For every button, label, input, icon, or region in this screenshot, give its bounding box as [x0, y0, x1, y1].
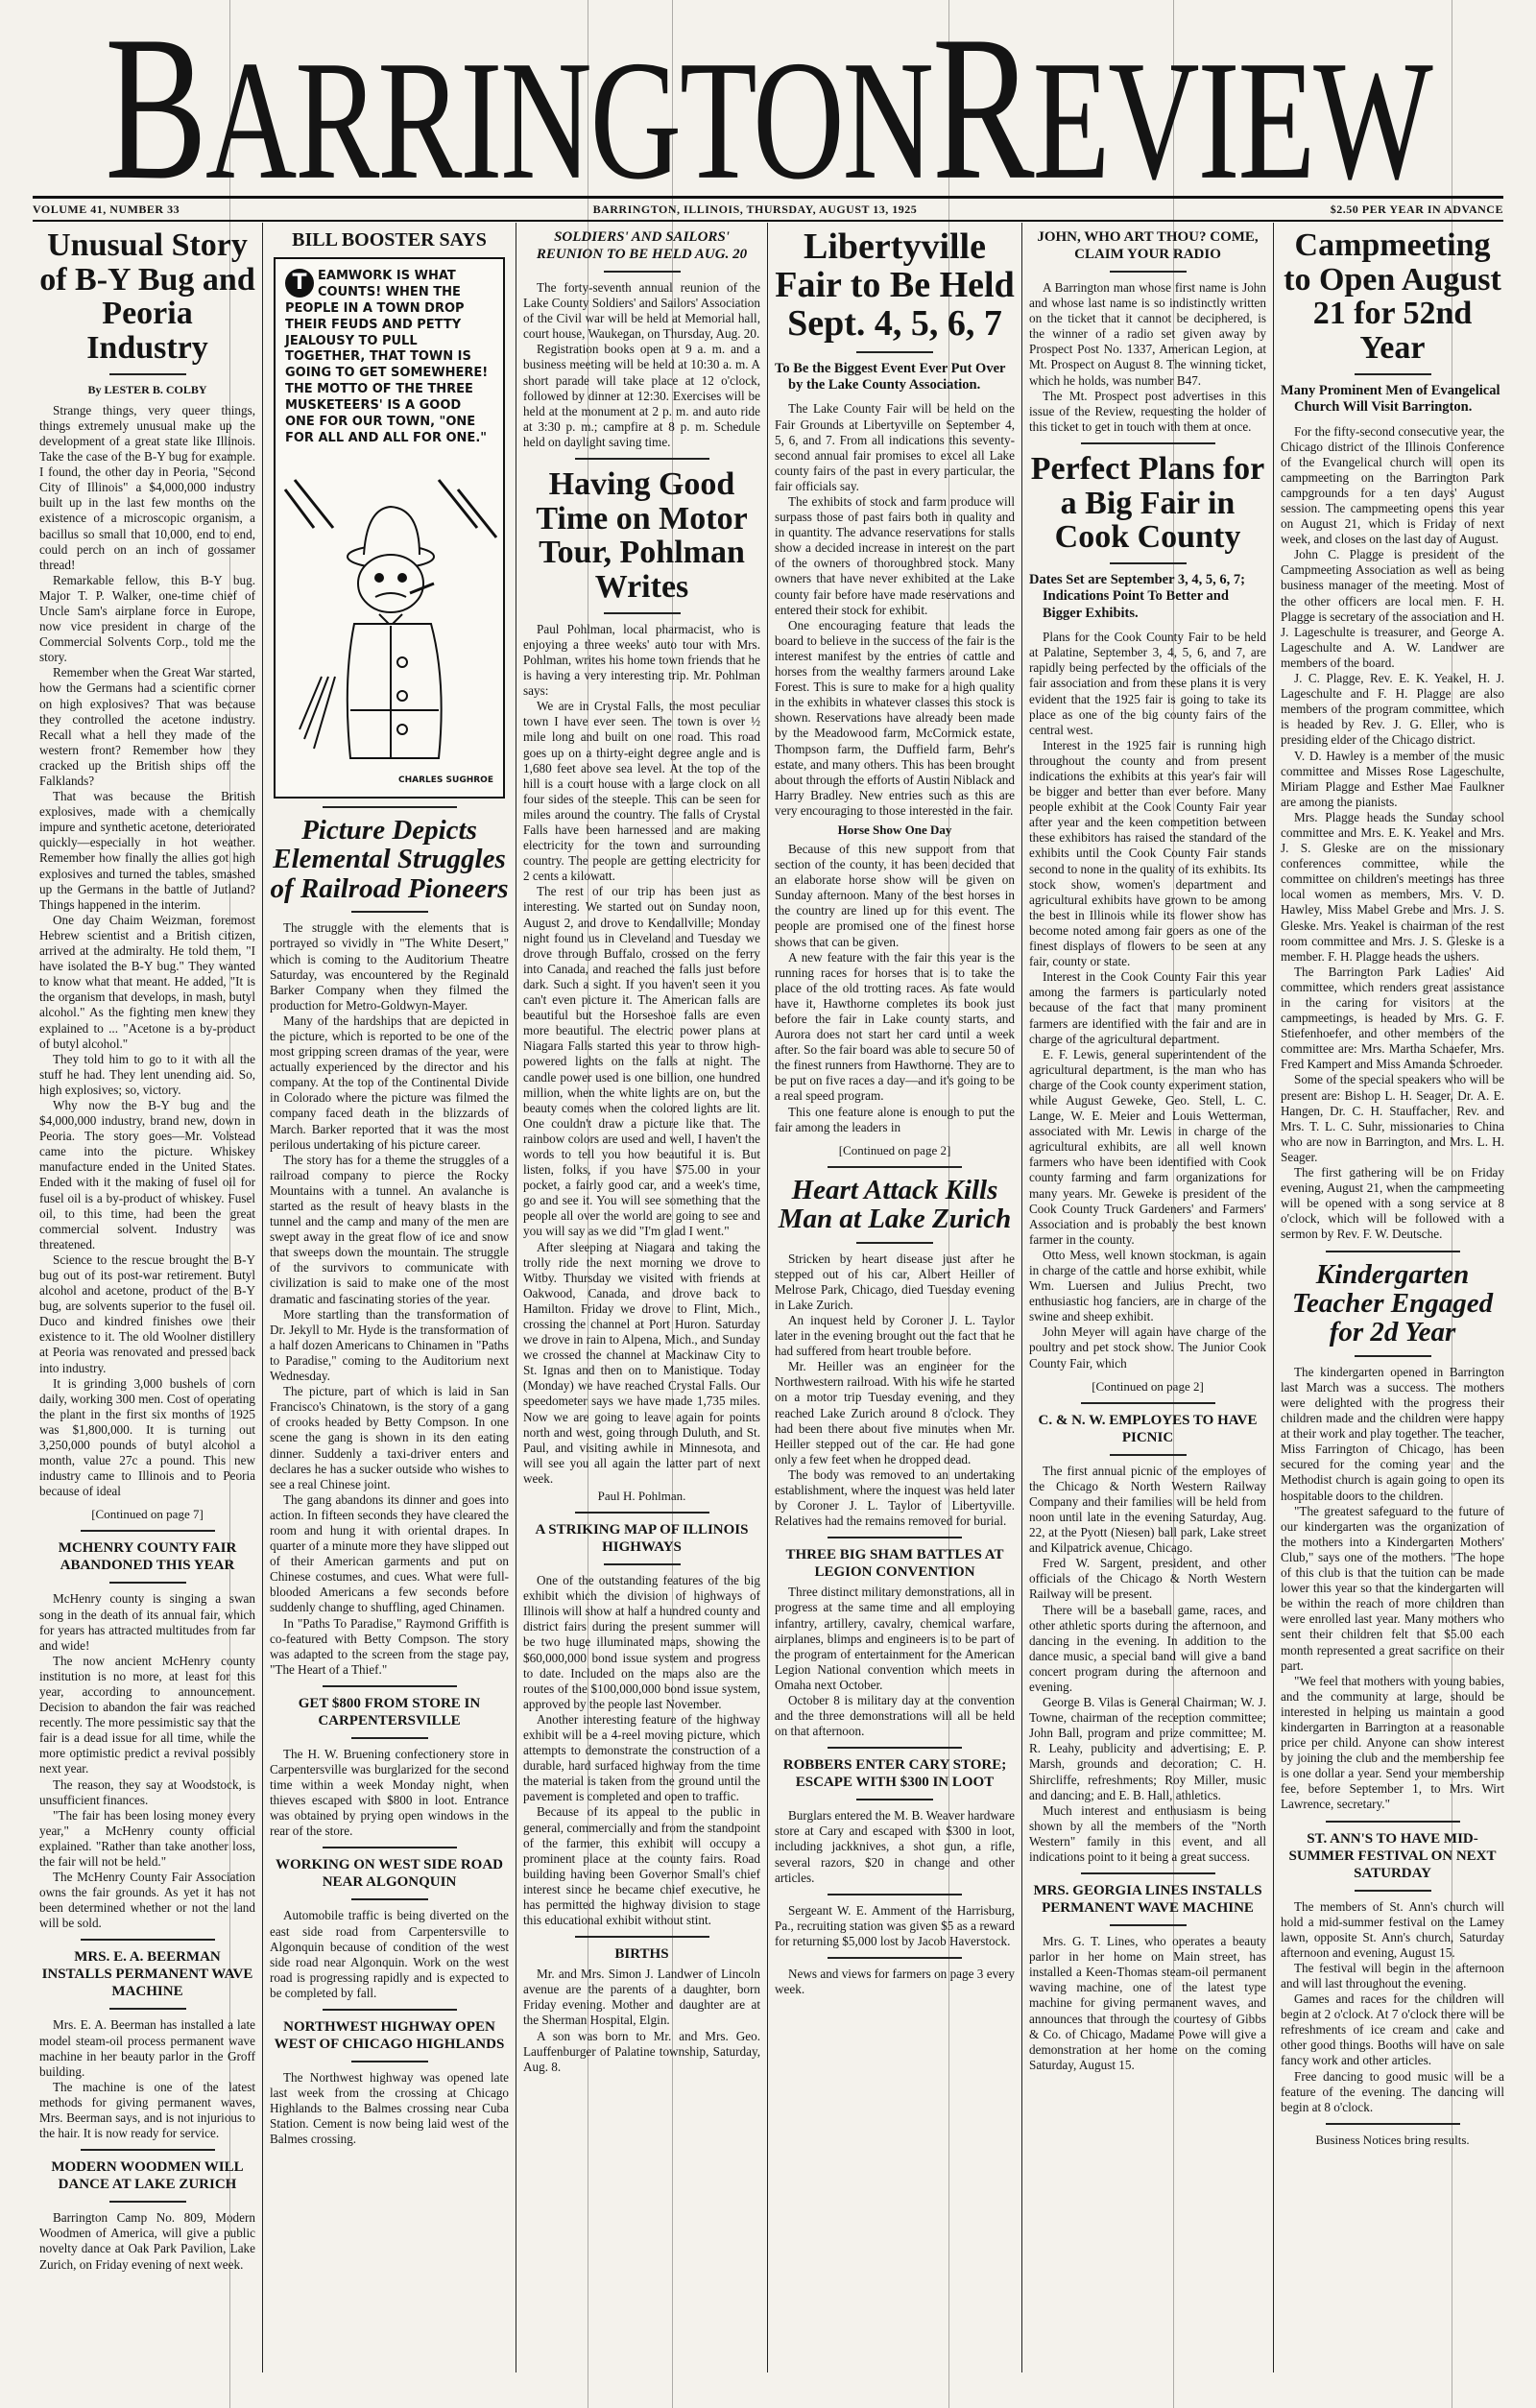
- headline: Perfect Plans for a Big Fair in Cook Cou…: [1029, 452, 1266, 555]
- article-bill-booster: BILL BOOSTER SAYS T EAMWORK IS WHAT COUN…: [270, 228, 509, 799]
- quote-text: EAMWORK IS WHAT COUNTS! WHEN THE PEOPLE …: [285, 269, 488, 445]
- article-body: Mrs. G. T. Lines, who operates a beauty …: [1029, 1934, 1266, 2073]
- divider: [351, 2061, 428, 2062]
- column-2: BILL BOOSTER SAYS T EAMWORK IS WHAT COUN…: [263, 223, 516, 2372]
- paragraph: The first annual picnic of the employes …: [1029, 1464, 1266, 1557]
- paragraph: Why now the B-Y bug and the $4,000,000 i…: [39, 1098, 255, 1252]
- paragraph: Much interest and enthusiasm is being sh…: [1029, 1803, 1266, 1865]
- title-rest-2: EVIEW: [1033, 25, 1431, 215]
- paragraph: Some of the special speakers who will be…: [1281, 1072, 1504, 1165]
- farmers-note-text: News and views for farmers on page 3 eve…: [775, 1967, 1015, 1997]
- divider: [604, 271, 681, 273]
- paragraph: Interest in the 1925 fair is running hig…: [1029, 738, 1266, 969]
- article-beerman: MRS. E. A. BEERMAN INSTALLS PERMANENT WA…: [39, 1948, 255, 2141]
- divider: [81, 1530, 215, 1532]
- article-carpentersville: GET $800 FROM STORE IN CARPENTERSVILLE T…: [270, 1695, 509, 1840]
- paragraph: A new feature with the fair this year is…: [775, 950, 1015, 1105]
- headline: Kindergarten Teacher Engaged for 2d Year: [1281, 1260, 1504, 1347]
- paragraph: Remember when the Great War started, how…: [39, 665, 255, 789]
- paragraph: Automobile traffic is being diverted on …: [270, 1908, 509, 2001]
- deck: Many Prominent Men of Evangelical Church…: [1281, 383, 1504, 417]
- article-body: The kindergarten opened in Barrington la…: [1281, 1365, 1504, 1813]
- paragraph: Interest in the Cook County Fair this ye…: [1029, 969, 1266, 1046]
- article-pohlman: Having Good Time on Motor Tour, Pohlman …: [523, 467, 760, 1504]
- farmers-note: News and views for farmers on page 3 eve…: [775, 1967, 1015, 1997]
- divider: [856, 1242, 933, 1244]
- article-body: The H. W. Bruening confectionery store i…: [270, 1747, 509, 1840]
- headline: THREE BIG SHAM BATTLES AT LEGION CONVENT…: [775, 1546, 1015, 1581]
- divider: [81, 2149, 215, 2151]
- column-1: Unusual Story of B-Y Bug and Peoria Indu…: [33, 223, 263, 2372]
- divider: [351, 1737, 428, 1739]
- divider: [1326, 1821, 1460, 1823]
- divider: [1355, 1890, 1431, 1892]
- divider: [109, 1582, 186, 1584]
- paragraph: V. D. Hawley is a member of the music co…: [1281, 749, 1504, 810]
- divider: [1081, 1402, 1215, 1404]
- article-libertyville-fair: Libertyville Fair to Be Held Sept. 4, 5,…: [775, 228, 1015, 1158]
- continued-note: [Continued on page 7]: [39, 1507, 255, 1522]
- bill-booster-figure-icon: [276, 470, 510, 797]
- bill-booster-cartoon: T EAMWORK IS WHAT COUNTS! WHEN THE PEOPL…: [274, 257, 505, 799]
- article-body: Paul Pohlman, local pharmacist, who is e…: [523, 622, 760, 1487]
- subscription-price: $2.50 PER YEAR IN ADVANCE: [1331, 203, 1503, 217]
- article-lines: MRS. GEORGIA LINES INSTALLS PERMANENT WA…: [1029, 1882, 1266, 2073]
- headline: Libertyville Fair to Be Held Sept. 4, 5,…: [775, 228, 1015, 344]
- paragraph: The festival will begin in the afternoon…: [1281, 1961, 1504, 1991]
- paragraph: Sergeant W. E. Amment of the Harrisburg,…: [775, 1903, 1015, 1949]
- paragraph: John C. Plagge is president of the Campm…: [1281, 547, 1504, 671]
- paragraph: Free dancing to good music will be a fea…: [1281, 2069, 1504, 2115]
- paragraph: Science to the rescue brought the B-Y bu…: [39, 1252, 255, 1376]
- paragraph: A son was born to Mr. and Mrs. Geo. Lauf…: [523, 2029, 760, 2075]
- column-4: Libertyville Fair to Be Held Sept. 4, 5,…: [768, 223, 1022, 2372]
- paragraph: The kindergarten opened in Barrington la…: [1281, 1365, 1504, 1504]
- headline: Campmeeting to Open August 21 for 52nd Y…: [1281, 228, 1504, 366]
- paragraph: The picture, part of which is laid in Sa…: [270, 1384, 509, 1492]
- paragraph: One of the outstanding features of the b…: [523, 1573, 760, 1712]
- divider: [323, 1847, 457, 1848]
- dateline: BARRINGTON, ILLINOIS, THURSDAY, AUGUST 1…: [593, 203, 918, 217]
- divider: [1110, 562, 1187, 564]
- headline: NORTHWEST HIGHWAY OPEN WEST OF CHICAGO H…: [270, 2018, 509, 2053]
- paragraph: Mrs. G. T. Lines, who operates a beauty …: [1029, 1934, 1266, 2073]
- article-body: A Barrington man whose first name is Joh…: [1029, 280, 1266, 435]
- article-picture-depicts: Picture Depicts Elemental Struggles of R…: [270, 816, 509, 1678]
- divider: [828, 1537, 962, 1538]
- headline: GET $800 FROM STORE IN CARPENTERSVILLE: [270, 1695, 509, 1729]
- divider: [323, 2009, 457, 2011]
- paragraph: Plans for the Cook County Fair to be hel…: [1029, 630, 1266, 738]
- title-cap-r: R: [932, 0, 1033, 223]
- headline: SOLDIERS' AND SAILORS' REUNION TO BE HEL…: [523, 228, 760, 263]
- paragraph: Burglars entered the M. B. Weaver hardwa…: [775, 1808, 1015, 1885]
- divider: [81, 1939, 215, 1941]
- paragraph: Another interesting feature of the highw…: [523, 1712, 760, 1805]
- column-6: Campmeeting to Open August 21 for 52nd Y…: [1274, 223, 1511, 2372]
- article-births: BIRTHS Mr. and Mrs. Simon J. Landwer of …: [523, 1945, 760, 2075]
- paragraph: Mr. Heiller was an engineer for the Nort…: [775, 1359, 1015, 1467]
- paragraph: A Barrington man whose first name is Joh…: [1029, 280, 1266, 389]
- article-kindergarten: Kindergarten Teacher Engaged for 2d Year…: [1281, 1260, 1504, 1813]
- paragraph: The now ancient McHenry county instituti…: [39, 1654, 255, 1777]
- paragraph: E. F. Lewis, general superintendent of t…: [1029, 1047, 1266, 1248]
- divider: [1355, 1355, 1431, 1357]
- column-5: JOHN, WHO ART THOU? COME, CLAIM YOUR RAD…: [1022, 223, 1274, 2372]
- paragraph: One day Chaim Weizman, foremost Hebrew s…: [39, 913, 255, 1052]
- divider: [604, 612, 681, 614]
- paragraph: Because of its appeal to the public in g…: [523, 1804, 760, 1928]
- deck: Dates Set are September 3, 4, 5, 6, 7; I…: [1029, 572, 1266, 622]
- headline: WORKING ON WEST SIDE ROAD NEAR ALGONQUIN: [270, 1856, 509, 1891]
- article-body: The Northwest highway was opened late la…: [270, 2070, 509, 2147]
- article-amment: Sergeant W. E. Amment of the Harrisburg,…: [775, 1903, 1015, 1949]
- divider: [1081, 442, 1215, 444]
- headline: JOHN, WHO ART THOU? COME, CLAIM YOUR RAD…: [1029, 228, 1266, 263]
- article-picnic: C. & N. W. EMPLOYES TO HAVE PICNIC The f…: [1029, 1412, 1266, 1865]
- drop-cap: T: [285, 269, 314, 298]
- paragraph: Paul Pohlman, local pharmacist, who is e…: [523, 622, 760, 699]
- divider: [1326, 1251, 1460, 1252]
- paragraph: The members of St. Ann's church will hol…: [1281, 1899, 1504, 1961]
- title-cap-b: B: [105, 0, 205, 223]
- paragraph: The rest of our trip has been just as in…: [523, 884, 760, 1239]
- paragraph: An inquest held by Coroner J. L. Taylor …: [775, 1313, 1015, 1359]
- article-body: McHenry county is singing a swan song in…: [39, 1591, 255, 1931]
- article-body: Plans for the Cook County Fair to be hel…: [1029, 630, 1266, 1371]
- article-mchenry: McHENRY COUNTY FAIR ABANDONED THIS YEAR …: [39, 1539, 255, 1931]
- article-body: Three distinct military demonstrations, …: [775, 1585, 1015, 1739]
- newspaper-title: BARRINGTONREVIEW: [0, 4, 1536, 211]
- divider: [828, 1894, 962, 1895]
- paragraph: Mrs. E. A. Beerman has installed a late …: [39, 2017, 255, 2079]
- headline: Having Good Time on Motor Tour, Pohlman …: [523, 467, 760, 605]
- divider: [1110, 1454, 1187, 1456]
- paragraph: The McHenry County Fair Association owns…: [39, 1870, 255, 1931]
- paragraph: More startling than the transformation o…: [270, 1307, 509, 1384]
- byline: By LESTER B. COLBY: [39, 383, 255, 397]
- paragraph: John Meyer will again have charge of the…: [1029, 1324, 1266, 1371]
- article-cary-robbers: ROBBERS ENTER CARY STORE; ESCAPE WITH $3…: [775, 1756, 1015, 1885]
- paragraph: The H. W. Bruening confectionery store i…: [270, 1747, 509, 1840]
- article-highway-map: A STRIKING MAP OF ILLINOIS HIGHWAYS One …: [523, 1521, 760, 1928]
- divider: [604, 1563, 681, 1565]
- paragraph: Otto Mess, well known stockman, is again…: [1029, 1248, 1266, 1324]
- paragraph: Barrington Camp No. 809, Modern Woodmen …: [39, 2210, 255, 2272]
- divider: [828, 1166, 962, 1168]
- article-sham-battles: THREE BIG SHAM BATTLES AT LEGION CONVENT…: [775, 1546, 1015, 1739]
- paragraph: "We feel that mothers with young babies,…: [1281, 1674, 1504, 1813]
- continued-note: [Continued on page 2]: [775, 1143, 1015, 1158]
- divider: [575, 1512, 709, 1514]
- paragraph: This one feature alone is enough to put …: [775, 1105, 1015, 1135]
- paragraph: The Barrington Park Ladies' Aid committe…: [1281, 965, 1504, 1073]
- headline: BIRTHS: [523, 1945, 760, 1963]
- article-body: Because of this new support from that se…: [775, 842, 1015, 1135]
- divider: [109, 373, 186, 375]
- article-body: Burglars entered the M. B. Weaver hardwa…: [775, 1808, 1015, 1885]
- article-radio: JOHN, WHO ART THOU? COME, CLAIM YOUR RAD…: [1029, 228, 1266, 435]
- paragraph: Because of this new support from that se…: [775, 842, 1015, 950]
- paragraph: The Northwest highway was opened late la…: [270, 2070, 509, 2147]
- subhead: Horse Show One Day: [775, 823, 1015, 838]
- headline: McHENRY COUNTY FAIR ABANDONED THIS YEAR: [39, 1539, 255, 1574]
- article-northwest-highway: NORTHWEST HIGHWAY OPEN WEST OF CHICAGO H…: [270, 2018, 509, 2147]
- article-body: One of the outstanding features of the b…: [523, 1573, 760, 1928]
- divider: [575, 458, 709, 460]
- paragraph: The forty-seventh annual reunion of the …: [523, 280, 760, 342]
- headline: ST. ANN'S TO HAVE MID-SUMMER FESTIVAL ON…: [1281, 1830, 1504, 1882]
- divider: [323, 806, 457, 808]
- paragraph: That was because the British explosives,…: [39, 789, 255, 913]
- paragraph: J. C. Plagge, Rev. E. K. Yeakel, H. J. L…: [1281, 671, 1504, 748]
- paragraph: For the fifty-second consecutive year, t…: [1281, 424, 1504, 548]
- article-heart-attack: Heart Attack Kills Man at Lake Zurich St…: [775, 1176, 1015, 1530]
- paragraph: The story has for a theme the struggles …: [270, 1153, 509, 1307]
- volume-number: VOLUME 41, NUMBER 33: [33, 203, 180, 217]
- article-body: The members of St. Ann's church will hol…: [1281, 1899, 1504, 2115]
- article-campmeeting: Campmeeting to Open August 21 for 52nd Y…: [1281, 228, 1504, 1243]
- continued-note: [Continued on page 2]: [1029, 1379, 1266, 1395]
- paragraph: We are in Crystal Falls, the most peculi…: [523, 699, 760, 884]
- headline: MRS. E. A. BEERMAN INSTALLS PERMANENT WA…: [39, 1948, 255, 2000]
- headline: C. & N. W. EMPLOYES TO HAVE PICNIC: [1029, 1412, 1266, 1446]
- paragraph: The struggle with the elements that is p…: [270, 920, 509, 1013]
- article-body: For the fifty-second consecutive year, t…: [1281, 424, 1504, 1243]
- paragraph: Three distinct military demonstrations, …: [775, 1585, 1015, 1693]
- title-rest-1: ARRINGTON: [205, 25, 932, 215]
- article-body: Barrington Camp No. 809, Modern Woodmen …: [39, 2210, 255, 2272]
- divider: [575, 1936, 709, 1938]
- paragraph: Mr. and Mrs. Simon J. Landwer of Lincoln…: [523, 1967, 760, 2028]
- headline: Unusual Story of B-Y Bug and Peoria Indu…: [39, 228, 255, 366]
- headline: ROBBERS ENTER CARY STORE; ESCAPE WITH $3…: [775, 1756, 1015, 1791]
- article-by-bug: Unusual Story of B-Y Bug and Peoria Indu…: [39, 228, 255, 1522]
- paragraph: The gang abandons its dinner and goes in…: [270, 1492, 509, 1616]
- headline: BILL BOOSTER SAYS: [270, 228, 509, 251]
- paragraph: Fred W. Sargent, president, and other of…: [1029, 1556, 1266, 1602]
- article-body: The Lake County Fair will be held on the…: [775, 401, 1015, 819]
- masthead: BARRINGTONREVIEW: [0, 58, 1536, 211]
- paragraph: George B. Vilas is General Chairman; W. …: [1029, 1695, 1266, 1803]
- paragraph: The exhibits of stock and farm produce w…: [775, 494, 1015, 618]
- paragraph: In "Paths To Paradise," Raymond Griffith…: [270, 1616, 509, 1678]
- paragraph: After sleeping at Niagara and taking the…: [523, 1240, 760, 1488]
- headline: MODERN WOODMEN WILL DANCE AT LAKE ZURICH: [39, 2158, 255, 2193]
- cartoon-quote: T EAMWORK IS WHAT COUNTS! WHEN THE PEOPL…: [276, 259, 503, 447]
- divider: [1355, 373, 1431, 375]
- paragraph: They told him to go to it with all the s…: [39, 1052, 255, 1098]
- paragraph: Games and races for the children will be…: [1281, 1991, 1504, 2068]
- paragraph: Remarkable fellow, this B-Y bug. Major T…: [39, 573, 255, 666]
- paragraph: The first gathering will be on Friday ev…: [1281, 1165, 1504, 1242]
- paragraph: One encouraging feature that leads the b…: [775, 618, 1015, 819]
- paragraph: The body was removed to an undertaking e…: [775, 1467, 1015, 1529]
- article-soldiers-reunion: SOLDIERS' AND SAILORS' REUNION TO BE HEL…: [523, 228, 760, 450]
- divider: [1110, 271, 1187, 273]
- divider: [828, 1957, 962, 1959]
- divider: [1326, 2123, 1460, 2125]
- divider: [351, 1898, 428, 1900]
- article-st-ann: ST. ANN'S TO HAVE MID-SUMMER FESTIVAL ON…: [1281, 1830, 1504, 2115]
- paragraph: Registration books open at 9 a. m. and a…: [523, 342, 760, 450]
- paragraph: It is grinding 3,000 bushels of corn dai…: [39, 1376, 255, 1500]
- article-body: Mrs. E. A. Beerman has installed a late …: [39, 2017, 255, 2141]
- paragraph: "The fair has been losing money every ye…: [39, 1808, 255, 1870]
- article-body: Automobile traffic is being diverted on …: [270, 1908, 509, 2001]
- article-body: The struggle with the elements that is p…: [270, 920, 509, 1678]
- headline: A STRIKING MAP OF ILLINOIS HIGHWAYS: [523, 1521, 760, 1556]
- column-3: SOLDIERS' AND SAILORS' REUNION TO BE HEL…: [516, 223, 768, 2372]
- artist-signature: CHARLES SUGHROE: [398, 776, 493, 785]
- paragraph: Mrs. Plagge heads the Sunday school comm…: [1281, 810, 1504, 965]
- divider: [856, 351, 933, 353]
- signature: Paul H. Pohlman.: [523, 1489, 760, 1504]
- article-body: Strange things, very queer things, thing…: [39, 403, 255, 1500]
- headline: Heart Attack Kills Man at Lake Zurich: [775, 1176, 1015, 1234]
- article-body: Stricken by heart disease just after he …: [775, 1252, 1015, 1530]
- dateline-bar: VOLUME 41, NUMBER 33 BARRINGTON, ILLINOI…: [33, 196, 1503, 222]
- page-columns: Unusual Story of B-Y Bug and Peoria Indu…: [33, 223, 1511, 2372]
- paragraph: There will be a baseball game, races, an…: [1029, 1603, 1266, 1696]
- article-body: The first annual picnic of the employes …: [1029, 1464, 1266, 1865]
- paragraph: The reason, they say at Woodstock, is un…: [39, 1777, 255, 1808]
- divider: [323, 1685, 457, 1687]
- paragraph: Stricken by heart disease just after he …: [775, 1252, 1015, 1313]
- divider: [828, 1747, 962, 1749]
- divider: [1081, 1872, 1215, 1874]
- article-cook-county-fair: Perfect Plans for a Big Fair in Cook Cou…: [1029, 452, 1266, 1395]
- divider: [109, 2008, 186, 2010]
- divider: [1110, 1924, 1187, 1926]
- article-body: The forty-seventh annual reunion of the …: [523, 280, 760, 450]
- paragraph: The machine is one of the latest methods…: [39, 2080, 255, 2141]
- headline: Picture Depicts Elemental Struggles of R…: [270, 816, 509, 903]
- paragraph: Many of the hardships that are depicted …: [270, 1013, 509, 1153]
- divider: [351, 911, 428, 913]
- paragraph: Strange things, very queer things, thing…: [39, 403, 255, 573]
- paragraph: October 8 is military day at the convent…: [775, 1693, 1015, 1739]
- article-body: Mr. and Mrs. Simon J. Landwer of Lincoln…: [523, 1967, 760, 2075]
- paragraph: The Mt. Prospect post advertises in this…: [1029, 389, 1266, 435]
- business-notice: Business Notices bring results.: [1281, 2133, 1504, 2148]
- deck: To Be the Biggest Event Ever Put Over by…: [775, 361, 1015, 394]
- divider: [109, 2201, 186, 2203]
- article-algonquin: WORKING ON WEST SIDE ROAD NEAR ALGONQUIN…: [270, 1856, 509, 2001]
- headline: MRS. GEORGIA LINES INSTALLS PERMANENT WA…: [1029, 1882, 1266, 1917]
- article-woodmen: MODERN WOODMEN WILL DANCE AT LAKE ZURICH…: [39, 2158, 255, 2272]
- paragraph: The Lake County Fair will be held on the…: [775, 401, 1015, 494]
- article-body: Sergeant W. E. Amment of the Harrisburg,…: [775, 1903, 1015, 1949]
- paragraph: "The greatest safeguard to the future of…: [1281, 1504, 1504, 1674]
- divider: [856, 1799, 933, 1800]
- paragraph: McHenry county is singing a swan song in…: [39, 1591, 255, 1653]
